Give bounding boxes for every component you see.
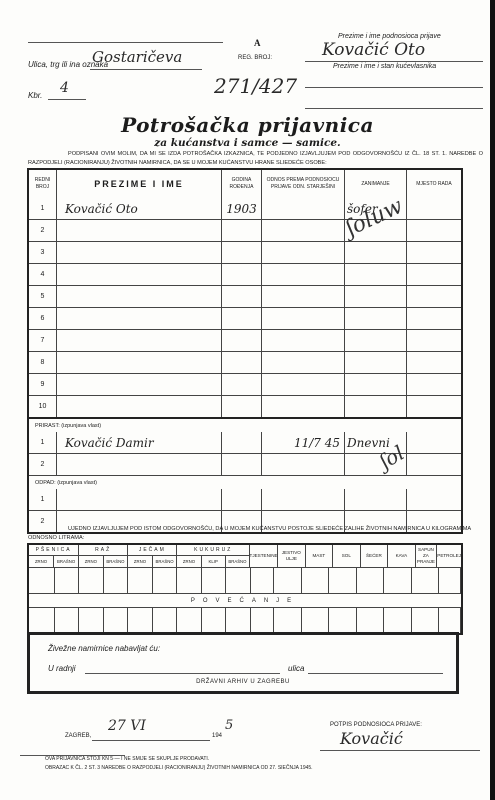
stock-value-cell[interactable]: [152, 608, 177, 633]
household-table: REDNI BROJ PREZIME I IME GODINA ROĐENJA …: [27, 168, 463, 534]
stock-declaration-text: UJEDNO IZJAVLJUJEM POD ISTOM ODGOVORNOŠĆ…: [28, 525, 483, 543]
relation-cell[interactable]: [261, 330, 344, 351]
stock-value-cell[interactable]: [176, 608, 201, 633]
shop-field[interactable]: [85, 673, 280, 674]
occupation-cell[interactable]: [344, 308, 406, 329]
row-number: 1: [29, 198, 56, 219]
relation-cell[interactable]: [261, 242, 344, 263]
workplace-cell[interactable]: [406, 489, 461, 510]
col-header-year: GODINA ROĐENJA: [221, 170, 261, 198]
stock-value-cell[interactable]: [411, 608, 438, 633]
form-title: Potrošačka prijavnica: [0, 113, 495, 137]
table-row: 6: [29, 307, 461, 329]
row-number: 2: [29, 220, 56, 241]
group-rye: RAŽ ZRNOBRAŠNO: [78, 545, 127, 567]
birth-year-cell[interactable]: [221, 264, 261, 285]
table-row: 4: [29, 263, 461, 285]
workplace-cell[interactable]: [406, 220, 461, 241]
name-cell[interactable]: [56, 352, 221, 373]
stock-value-cell[interactable]: [250, 608, 274, 633]
workplace-cell[interactable]: [406, 454, 461, 475]
stock-value-cell[interactable]: [411, 568, 438, 593]
owner-line-2: [305, 108, 483, 109]
table-row: 3: [29, 241, 461, 263]
relation-cell[interactable]: 11/7 45: [261, 432, 344, 453]
relation-cell[interactable]: [261, 286, 344, 307]
col-lard: MAST: [305, 545, 333, 567]
workplace-cell[interactable]: [406, 396, 461, 417]
stock-value-cell[interactable]: [301, 608, 328, 633]
col-oil: JESTIVO ULJE: [277, 545, 305, 567]
group-corn: KUKURUZ ZRNOKLIPBRAŠNO: [176, 545, 249, 567]
street-field[interactable]: Gostaričeva: [92, 48, 182, 66]
row-number: 1: [29, 489, 56, 510]
reg-mark: A: [254, 38, 261, 48]
stock-value-cell[interactable]: [383, 568, 410, 593]
stock-value-cell[interactable]: [460, 608, 461, 633]
birth-year-cell[interactable]: [221, 286, 261, 307]
stock-value-cell[interactable]: [78, 608, 103, 633]
stock-value-cell[interactable]: [301, 568, 328, 593]
birth-year-cell[interactable]: [221, 432, 261, 453]
table-row: 9: [29, 373, 461, 395]
row-number: 5: [29, 286, 56, 307]
stock-value-cell[interactable]: [225, 568, 250, 593]
name-cell[interactable]: [56, 454, 221, 475]
occupation-cell[interactable]: [344, 242, 406, 263]
name-cell[interactable]: [56, 330, 221, 351]
stock-value-cell[interactable]: [225, 608, 250, 633]
workplace-cell[interactable]: [406, 264, 461, 285]
table-row: 2: [29, 219, 461, 241]
occupation-cell[interactable]: [344, 396, 406, 417]
col-coffee: KAVA: [387, 545, 415, 567]
col-soap: SAPUN ZA PRANJE: [415, 545, 437, 567]
date-underline: [92, 740, 210, 741]
relation-cell[interactable]: [261, 220, 344, 241]
stock-values-row: [29, 567, 461, 593]
relation-cell[interactable]: [261, 308, 344, 329]
house-number-underline: [48, 99, 86, 100]
applicant-underline: [305, 61, 483, 62]
col-sugar: ŠEĆER: [360, 545, 388, 567]
relation-cell[interactable]: [261, 454, 344, 475]
birth-year-cell[interactable]: [221, 220, 261, 241]
stock-increase-row: [29, 607, 461, 633]
owner-label: Prezime i ime i stan kućevlasnika: [333, 63, 436, 70]
reg-number-value[interactable]: 271/427: [214, 74, 297, 98]
row-number: 8: [29, 352, 56, 373]
top-line: [28, 42, 223, 43]
name-cell[interactable]: [56, 374, 221, 395]
stock-value-cell[interactable]: [273, 568, 300, 593]
row-number: 7: [29, 330, 56, 351]
signature-label: POTPIS PODNOSIOCA PRIJAVE:: [330, 722, 422, 728]
birth-year-cell[interactable]: [221, 454, 261, 475]
occupation-cell[interactable]: [344, 286, 406, 307]
shop-street-label: ulica: [288, 664, 304, 673]
stock-value-cell[interactable]: [438, 568, 460, 593]
workplace-cell[interactable]: [406, 352, 461, 373]
col-pasta: TJESTENINE: [249, 545, 277, 567]
occupation-cell[interactable]: [344, 264, 406, 285]
stock-increase-label: POVEĆANJE: [29, 593, 461, 607]
stock-value-cell[interactable]: [127, 568, 152, 593]
relation-cell[interactable]: [261, 352, 344, 373]
stock-value-cell[interactable]: [356, 568, 383, 593]
table-row: 8: [29, 351, 461, 373]
shop-street-field[interactable]: [308, 673, 443, 674]
stock-value-cell[interactable]: [29, 608, 54, 633]
stock-value-cell[interactable]: [176, 568, 201, 593]
table-row: 10: [29, 395, 461, 417]
house-number-field[interactable]: 4: [60, 80, 69, 96]
workplace-cell[interactable]: [406, 432, 461, 453]
owner-line-1: [305, 87, 483, 88]
row-number: 6: [29, 308, 56, 329]
name-cell[interactable]: [56, 308, 221, 329]
row-number: 10: [29, 396, 56, 417]
stock-value-cell[interactable]: [54, 608, 79, 633]
declaration-text: PODPISANI OVIM MOLIM, DA MI SE IZDA POTR…: [28, 150, 483, 168]
stock-value-cell[interactable]: [460, 568, 461, 593]
stock-value-cell[interactable]: [273, 608, 300, 633]
relation-cell[interactable]: [261, 198, 344, 219]
name-cell[interactable]: [56, 396, 221, 417]
birth-year-cell[interactable]: [221, 242, 261, 263]
regulation-note: OBRAZAC K ČL. 2 ST. 3 NAREDBE O RAZPODJE…: [45, 765, 313, 771]
group-barley: JEČAM ZRNOBRAŠNO: [127, 545, 176, 567]
increase-section-label: PRIRAST: (izpunjava vlast): [29, 417, 461, 432]
name-cell[interactable]: [56, 264, 221, 285]
birth-year-cell[interactable]: [221, 352, 261, 373]
reg-number-label: REG. BROJ:: [238, 55, 272, 61]
name-cell[interactable]: [56, 220, 221, 241]
row-number: 3: [29, 242, 56, 263]
occupation-cell[interactable]: [344, 489, 406, 510]
signature-field[interactable]: Kovačić: [340, 729, 403, 748]
relation-cell[interactable]: [261, 374, 344, 395]
col-header-name: PREZIME I IME: [56, 170, 221, 198]
year-prefix: 194: [212, 733, 222, 739]
street-underline: [90, 69, 202, 70]
stock-value-cell[interactable]: [250, 568, 274, 593]
col-petroleum: PETROLEJ: [436, 545, 461, 567]
stock-value-cell[interactable]: [383, 608, 410, 633]
birth-year-cell[interactable]: [221, 308, 261, 329]
row-number: 1: [29, 432, 56, 453]
table-row: 5: [29, 285, 461, 307]
price-note: OVA PRIJAVNICA STOJI KN 5·— I NE SMIJE S…: [45, 756, 209, 762]
row-number: 2: [29, 454, 56, 475]
date-field[interactable]: 27 VI: [108, 718, 146, 734]
table-row: 7: [29, 329, 461, 351]
relation-cell[interactable]: [261, 264, 344, 285]
stock-value-cell[interactable]: [152, 568, 177, 593]
birth-year-cell[interactable]: [221, 374, 261, 395]
applicant-label: Prezime i ime podnosioca prijave: [338, 33, 441, 40]
signature-underline: [320, 750, 480, 751]
name-cell[interactable]: Kovačić Oto: [56, 198, 221, 219]
house-number-label: Kbr.: [28, 91, 42, 100]
occupation-cell[interactable]: [344, 352, 406, 373]
name-cell[interactable]: [56, 242, 221, 263]
stock-value-cell[interactable]: [438, 608, 460, 633]
workplace-cell[interactable]: [406, 286, 461, 307]
stock-value-cell[interactable]: [356, 608, 383, 633]
group-wheat: PŠENICA ZRNOBRAŠNO: [29, 545, 78, 567]
workplace-cell[interactable]: [406, 330, 461, 351]
col-header-no: REDNI BROJ: [29, 170, 56, 198]
row-number: 9: [29, 374, 56, 395]
row-number: 4: [29, 264, 56, 285]
occupation-cell[interactable]: [344, 330, 406, 351]
form-subtitle: za kućanstva i samce — samice.: [0, 137, 495, 149]
workplace-cell[interactable]: [406, 308, 461, 329]
table-row: 1: [29, 489, 461, 510]
col-header-relation: ODNOS PREMA PODNOSIOCU PRIJAVE ODN. STAR…: [261, 170, 344, 198]
city-label: ZAGREB,: [65, 733, 91, 739]
stock-value-cell[interactable]: [201, 568, 226, 593]
relation-cell[interactable]: [261, 396, 344, 417]
stock-value-cell[interactable]: [201, 608, 226, 633]
col-header-workplace: MJESTO RADA: [406, 170, 461, 198]
year-field[interactable]: 5: [225, 718, 233, 733]
birth-year-cell[interactable]: [221, 396, 261, 417]
workplace-cell[interactable]: [406, 198, 461, 219]
stock-value-cell[interactable]: [78, 568, 103, 593]
decrease-section-label: ODPAD: (izpunjava vlast): [29, 475, 461, 489]
stock-value-cell[interactable]: [328, 608, 355, 633]
stock-value-cell[interactable]: [54, 568, 79, 593]
stock-value-cell[interactable]: [103, 568, 128, 593]
purchase-box: Živežne namirnice nabavljat ću: U radnji…: [27, 632, 459, 694]
relation-cell[interactable]: [261, 489, 344, 510]
stock-header: PŠENICA ZRNOBRAŠNO RAŽ ZRNOBRAŠNO JEČAM …: [29, 545, 461, 567]
name-cell[interactable]: [56, 489, 221, 510]
name-cell[interactable]: Kovačić Damir: [56, 432, 221, 453]
birth-year-cell[interactable]: [221, 489, 261, 510]
archive-stamp: DRŽAVNI ARHIV U ZAGREBU: [30, 679, 456, 685]
birth-year-cell[interactable]: [221, 330, 261, 351]
workplace-cell[interactable]: [406, 242, 461, 263]
applicant-name-field[interactable]: Kovačić Oto: [322, 40, 425, 60]
purchase-title: Živežne namirnice nabavljat ću:: [48, 644, 160, 653]
stock-value-cell[interactable]: [127, 608, 152, 633]
stock-table: PŠENICA ZRNOBRAŠNO RAŽ ZRNOBRAŠNO JEČAM …: [27, 543, 463, 635]
stock-value-cell[interactable]: [29, 568, 54, 593]
stock-value-cell[interactable]: [328, 568, 355, 593]
name-cell[interactable]: [56, 286, 221, 307]
stock-value-cell[interactable]: [103, 608, 128, 633]
workplace-cell[interactable]: [406, 374, 461, 395]
col-salt: SOL: [332, 545, 360, 567]
birth-year-cell[interactable]: 1903: [221, 198, 261, 219]
shop-label: U radnji: [48, 664, 76, 673]
occupation-cell[interactable]: [344, 374, 406, 395]
